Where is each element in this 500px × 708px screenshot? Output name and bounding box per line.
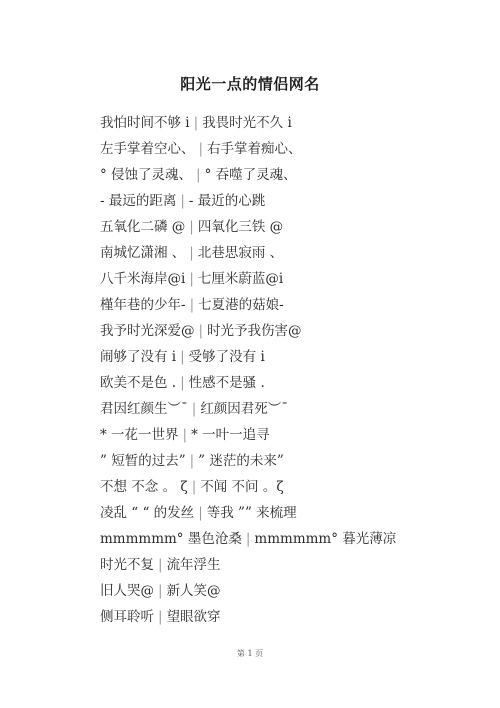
right-name: 新人笑@ [167, 583, 221, 599]
separator: | [176, 349, 189, 365]
right-name: 性感不是骚 . [189, 375, 265, 391]
left-name: 八千米海岸@i [100, 271, 185, 287]
list-item: 欧美不是色 .|性感不是骚 . [100, 373, 460, 399]
list-item: 不想 不念 。 ζ|不闻 不问 。ζ [100, 477, 460, 503]
right-name: * 一叶一追寻 [191, 427, 270, 443]
left-name: 槿年巷的少年- [100, 297, 186, 313]
list-item: 左手掌着空心、|右手掌着痴心、 [100, 139, 460, 165]
left-name: 侧耳聆听 [100, 609, 154, 625]
list-item: 凌乱 “ “ 的发丝|等我 ”” 来梳理 [100, 503, 460, 529]
left-name: 五氧化二磷 @ [100, 219, 185, 235]
left-name: * 一花一世界 [100, 427, 179, 443]
right-name: mmmmmm° 暮光薄凉 [254, 531, 396, 547]
left-name: 闹够了没有 i [100, 349, 176, 365]
right-name: 时光予我伤害@ [207, 323, 302, 339]
list-item: 时光不复|流年浮生 [100, 555, 460, 581]
list-item: 我予时光深爱@|时光予我伤害@ [100, 321, 460, 347]
left-name: 欧美不是色 . [100, 375, 176, 391]
left-name: 不想 不念 。 ζ [100, 479, 188, 495]
list-item: ° 侵蚀了灵魂、|° 吞噬了灵魂、 [100, 165, 460, 191]
left-name: ” 短暂的过去” [100, 453, 186, 469]
right-name: ” 迷茫的未来” [198, 453, 284, 469]
right-name: 等我 ”” 来梳理 [207, 505, 297, 521]
right-name: 七厘米蔚蓝@i [198, 271, 283, 287]
separator: | [192, 167, 205, 183]
left-name: 我怕时间不够 i [100, 115, 190, 131]
separator: | [194, 505, 207, 521]
separator: | [154, 557, 167, 573]
separator: | [176, 193, 189, 209]
page-number: 第 1 页 [0, 648, 500, 659]
document-title: 阳光一点的情侣网名 [0, 73, 500, 94]
separator: | [242, 531, 255, 547]
right-name: 七夏港的菇娘- [198, 297, 284, 313]
left-name: 凌乱 “ “ 的发丝 [100, 505, 194, 521]
separator: | [185, 271, 198, 287]
right-name: 北巷思寂雨 、 [198, 245, 283, 261]
separator: | [188, 401, 201, 417]
right-name: 红颜因君死︶¯ [200, 401, 288, 417]
separator: | [185, 219, 198, 235]
list-item: 我怕时间不够 i|我畏时光不久 i [100, 113, 460, 139]
separator: | [179, 427, 192, 443]
right-name: 四氧化三铁 @ [198, 219, 283, 235]
list-item: 侧耳聆听|望眼欲穿 [100, 607, 460, 633]
list-item: * 一花一世界|* 一叶一追寻 [100, 425, 460, 451]
right-name: 不闻 不问 。ζ [200, 479, 283, 495]
left-name: 时光不复 [100, 557, 154, 573]
left-name: 君因红颜生︶¯ [100, 401, 188, 417]
separator: | [195, 141, 208, 157]
left-name: ° 侵蚀了灵魂、 [100, 167, 192, 183]
separator: | [188, 479, 201, 495]
right-name: - 最近的心跳 [189, 193, 265, 209]
right-name: ° 吞噬了灵魂、 [205, 167, 297, 183]
left-name: 左手掌着空心、 [100, 141, 195, 157]
right-name: 我畏时光不久 i [202, 115, 292, 131]
left-name: mmmmmm° 墨色沧桑 [100, 531, 242, 547]
list-item: ” 短暂的过去”|” 迷茫的未来” [100, 451, 460, 477]
list-item: 槿年巷的少年-|七夏港的菇娘- [100, 295, 460, 321]
separator: | [154, 583, 167, 599]
list-item: mmmmmm° 墨色沧桑|mmmmmm° 暮光薄凉 [100, 529, 460, 555]
left-name: 南城忆潇湘 、 [100, 245, 185, 261]
right-name: 受够了没有 i [189, 349, 265, 365]
list-item: 八千米海岸@i|七厘米蔚蓝@i [100, 269, 460, 295]
left-name: 旧人哭@ [100, 583, 154, 599]
separator: | [190, 115, 203, 131]
separator: | [195, 323, 208, 339]
right-name: 望眼欲穿 [167, 609, 221, 625]
list-item: 旧人哭@|新人笑@ [100, 581, 460, 607]
list-item: 南城忆潇湘 、|北巷思寂雨 、 [100, 243, 460, 269]
separator: | [185, 245, 198, 261]
separator: | [176, 375, 189, 391]
name-pairs-list: 我怕时间不够 i|我畏时光不久 i 左手掌着空心、|右手掌着痴心、 ° 侵蚀了灵… [100, 113, 460, 633]
right-name: 右手掌着痴心、 [207, 141, 302, 157]
list-item: 君因红颜生︶¯|红颜因君死︶¯ [100, 399, 460, 425]
separator: | [186, 297, 199, 313]
separator: | [154, 609, 167, 625]
list-item: 五氧化二磷 @|四氧化三铁 @ [100, 217, 460, 243]
right-name: 流年浮生 [167, 557, 221, 573]
list-item: - 最远的距离|- 最近的心跳 [100, 191, 460, 217]
list-item: 闹够了没有 i|受够了没有 i [100, 347, 460, 373]
left-name: - 最远的距离 [100, 193, 176, 209]
left-name: 我予时光深爱@ [100, 323, 195, 339]
separator: | [186, 453, 199, 469]
